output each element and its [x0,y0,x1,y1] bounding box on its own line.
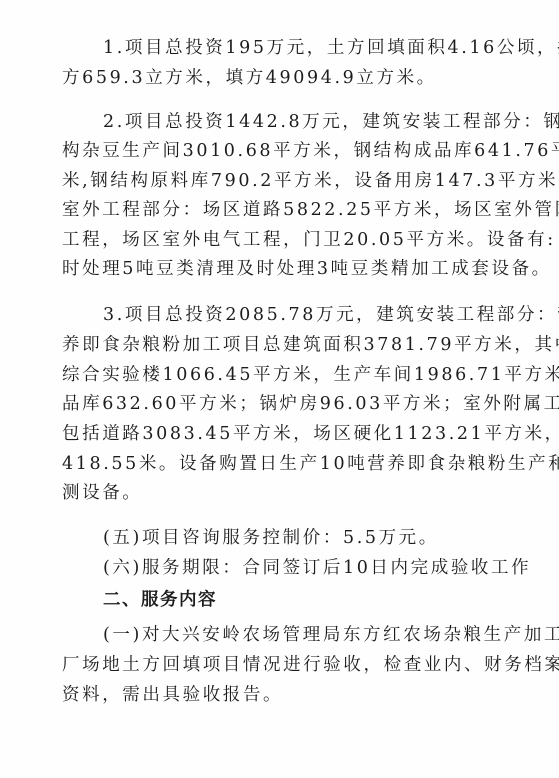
document-page: 1.项目总投资195万元，土方回填面积4.16公顷，挖 方659.3立方米，填方… [0,0,559,778]
text-line: 测设备。 [62,482,142,504]
text-line: 米,钢结构原料库790.2平方米，设备用房147.3平方米; [62,170,559,192]
text-line: 构杂豆生产间3010.68平方米，钢结构成品库641.76平方 [62,140,559,162]
text-line: 综合实验楼1066.45平方米，生产车间1986.71平方米，成 [62,364,559,386]
text-line: 资料，需出具验收报告。 [62,684,283,706]
text-line: 时处理5吨豆类清理及时处理3吨豆类精加工成套设备。 [62,258,552,280]
text-line: 方659.3立方米，填方49094.9立方米。 [62,67,437,89]
text-line: 3.项目总投资2085.78万元，建筑安装工程部分：营 [103,304,559,326]
section-heading: 二、服务内容 [103,589,217,611]
text-line: 418.55米。设备购置日生产10吨营养即食杂粮粉生产和检 [62,453,559,475]
text-line: 品库632.60平方米；锅炉房96.03平方米；室外附属工程 [62,393,559,415]
text-line: 包括道路3083.45平方米，场区硬化1123.21平方米，围墙 [62,423,559,445]
text-line: (一)对大兴安岭农场管理局东方红农场杂粮生产加工 [103,624,559,646]
text-line: 工程，场区室外电气工程，门卫20.05平方米。设备有: [62,229,556,251]
text-line: 养即食杂粮粉加工项目总建筑面积3781.79平方米，其中 [62,334,559,356]
text-line: 厂场地土方回填项目情况进行验收，检查业内、财务档案 [62,654,559,676]
consulting-price-line: (五)项目咨询服务控制价：5.5万元。 [103,527,439,549]
service-period-line: (六)服务期限：合同签订后10日内完成验收工作 [103,557,531,579]
text-line: 室外工程部分：场区道路5822.25平方米，场区室外管网 [62,199,559,221]
text-line: 2.项目总投资1442.8万元，建筑安装工程部分：钢结 [103,111,559,133]
text-line: 1.项目总投资195万元，土方回填面积4.16公顷，挖 [103,37,559,59]
